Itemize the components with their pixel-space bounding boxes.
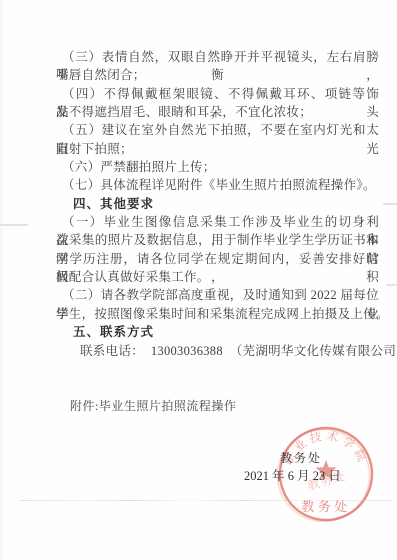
text-line: 次采集的照片及数据信息，用于制作毕业学生学历证书和学信 bbox=[56, 231, 379, 249]
scan-artifact bbox=[383, 203, 397, 205]
text-line: 学生，按照图像采集时间和采集流程完成网上拍摄及上传。 bbox=[56, 305, 379, 323]
text-line: （二）请各教学院部高度重视，及时通知到 2022 届每位毕业 bbox=[56, 286, 379, 304]
scan-artifact bbox=[386, 284, 397, 286]
document-page: （三）表情自然，双眼自然睁开并平视镜头，左右肩膀平衡， 嘴唇自然闭合； （四）不… bbox=[0, 0, 397, 560]
scan-fold-line bbox=[20, 500, 392, 501]
body-text: （三）表情自然，双眼自然睁开并平视镜头，左右肩膀平衡， 嘴唇自然闭合； （四）不… bbox=[56, 48, 379, 360]
signature-department: 教务处 bbox=[280, 449, 322, 466]
contact-phone-line: 联系电话： 13003036388 （芜湖明华文化传媒有限公司） bbox=[56, 342, 379, 360]
signature-date: 2021 年 6 月 23 日 bbox=[244, 466, 341, 484]
section-heading-other-requirements: 四、其他要求 bbox=[56, 195, 379, 213]
text-line: 网学历注册，请各位同学在规定期间内，妥善安排好时间，积 bbox=[56, 250, 379, 268]
seal-bottom-text: 教务处 bbox=[301, 499, 351, 514]
attachment-line: 附件:毕业生照片拍照流程操作 bbox=[70, 397, 236, 414]
scan-artifact bbox=[0, 224, 28, 226]
section-heading-contact: 五、联系方式 bbox=[56, 323, 379, 341]
text-line: （一）毕业生图像信息采集工作涉及毕业生的切身利益，本 bbox=[56, 213, 379, 231]
text-line: （五）建议在室外自然光下拍照，不要在室内灯光和太阳光 bbox=[56, 121, 379, 139]
text-line: （七）具体流程详见附件《毕业生照片拍照流程操作》。 bbox=[56, 176, 379, 194]
text-line: （六）严禁翻拍照片上传； bbox=[56, 158, 379, 176]
text-line: （四）不得佩戴框架眼镜、不得佩戴耳环、项链等饰品，头 bbox=[56, 85, 379, 103]
text-line: （三）表情自然，双眼自然睁开并平视镜头，左右肩膀平衡， bbox=[56, 48, 379, 66]
